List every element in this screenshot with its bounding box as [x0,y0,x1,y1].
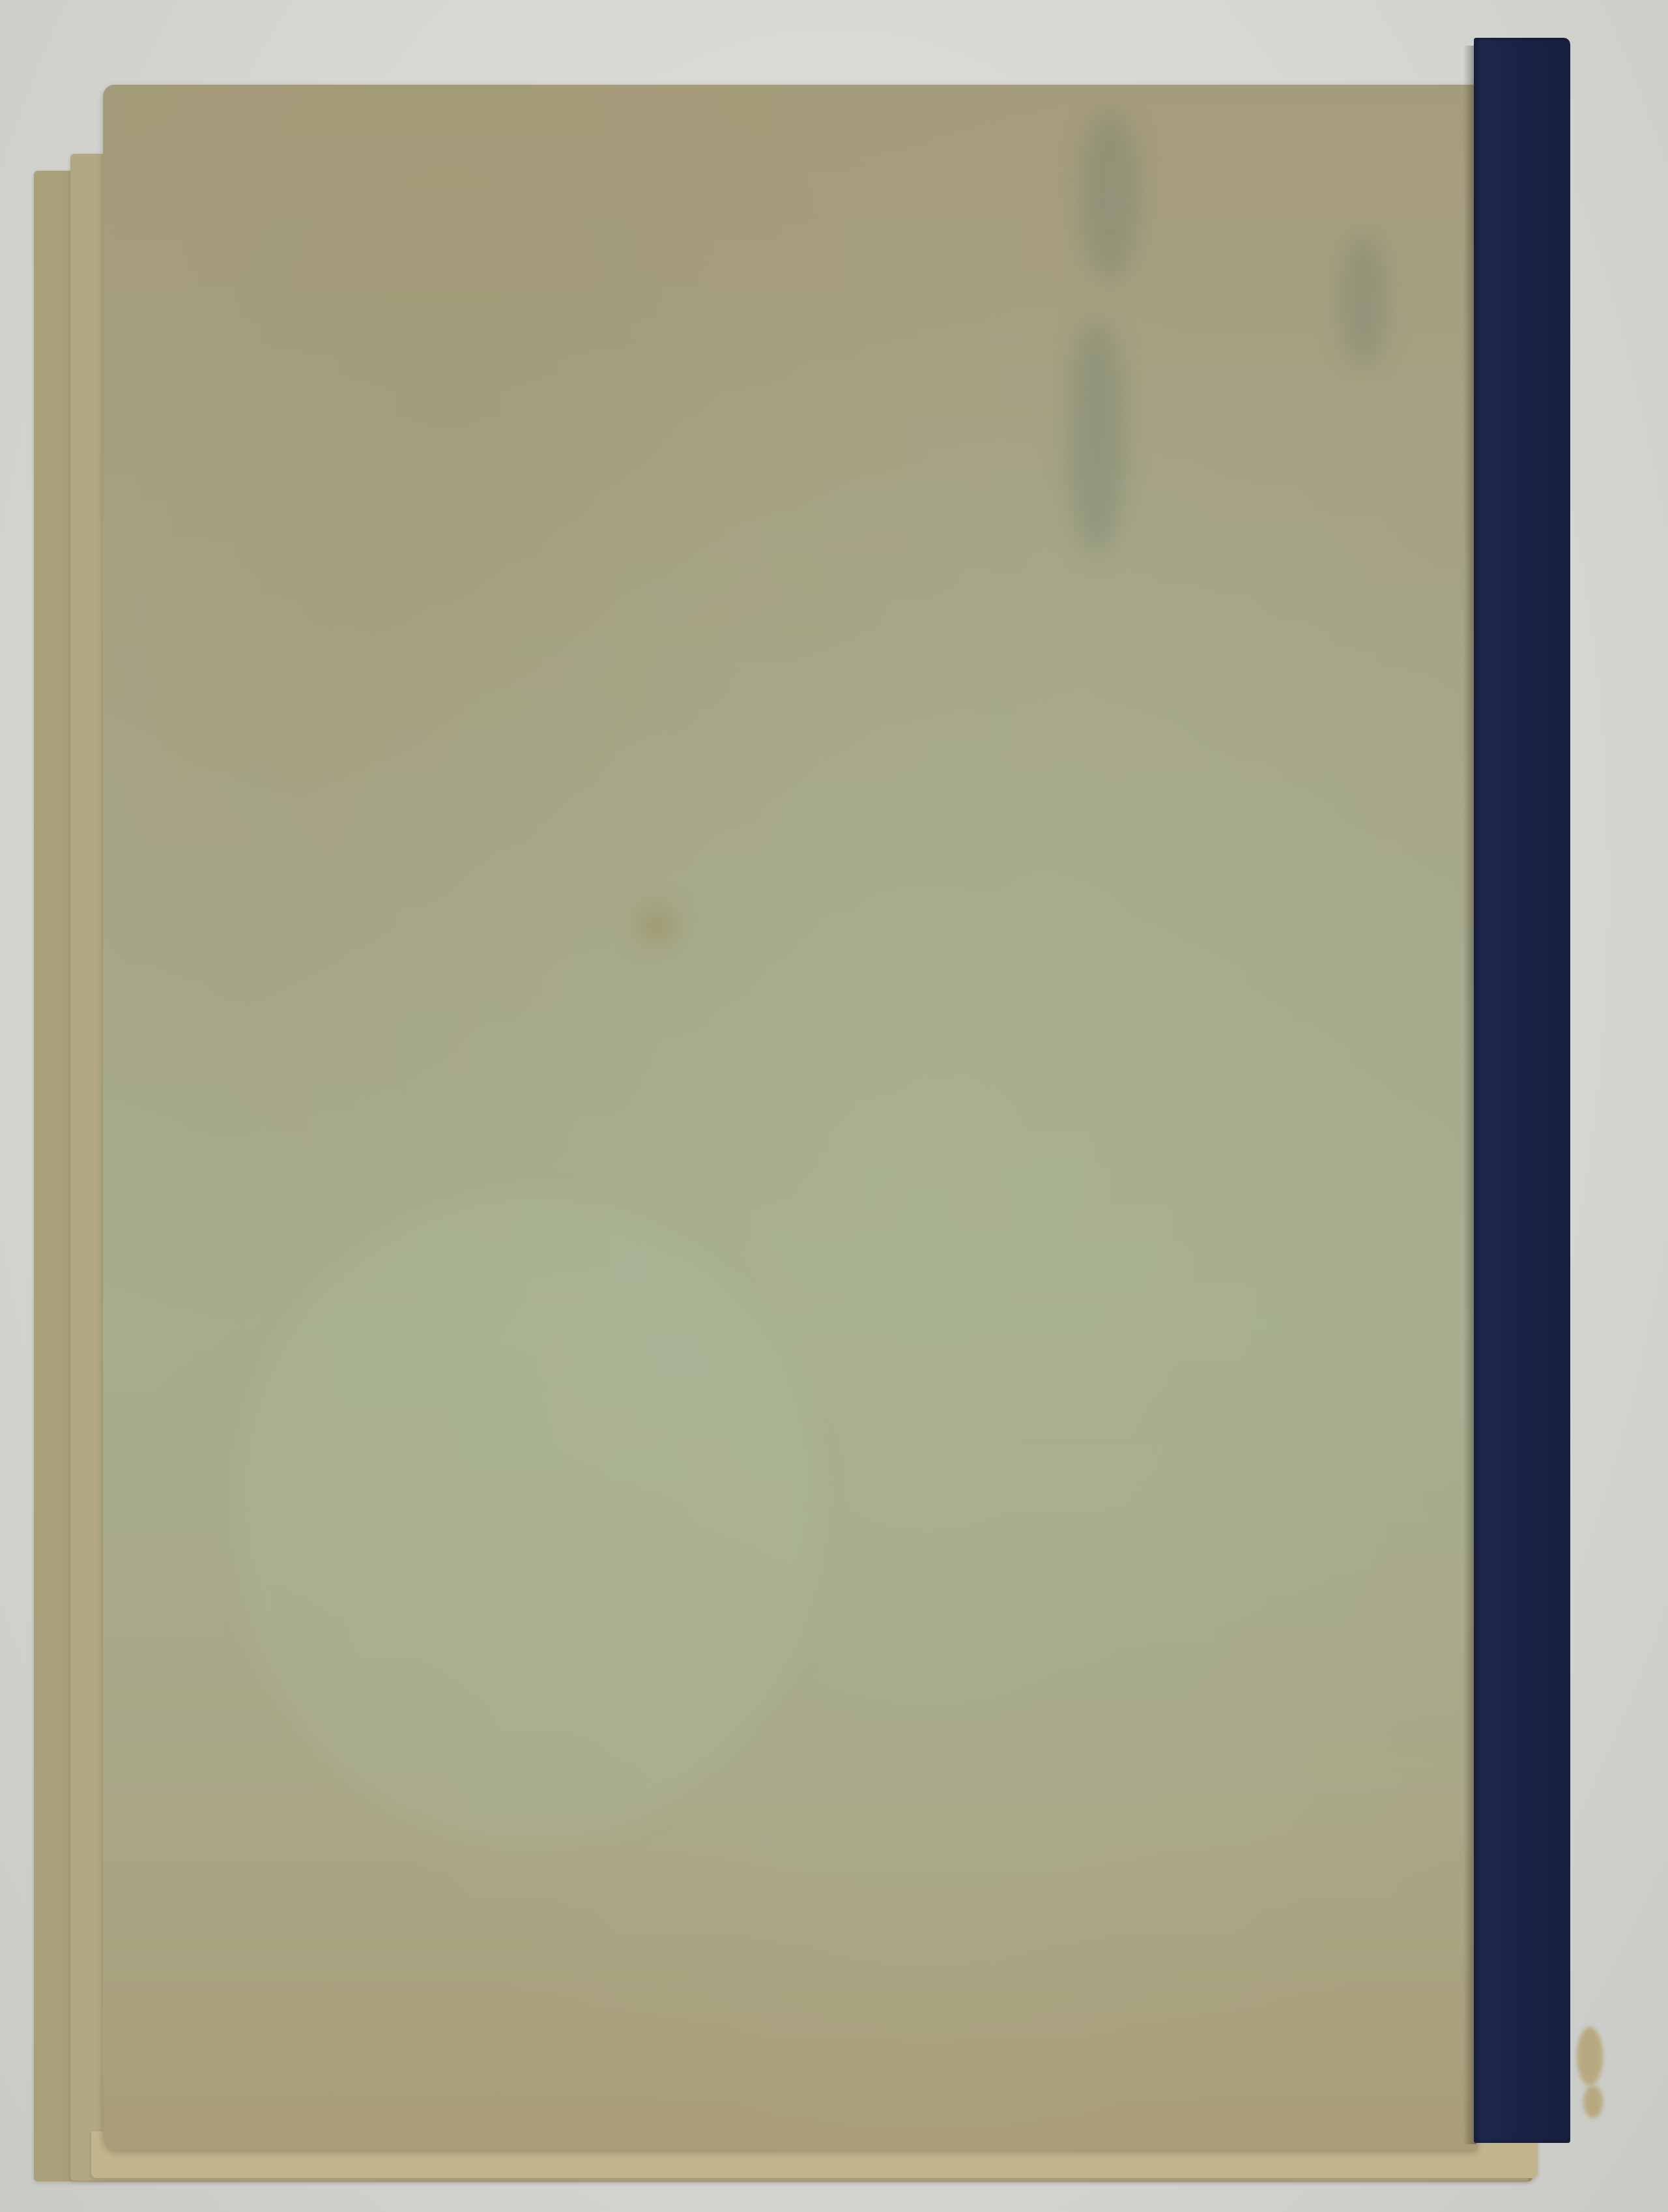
book-back-cover [103,85,1478,2151]
book-spine-cloth [1474,38,1570,2143]
show-through-smudge [1341,235,1387,365]
show-through-smudge [1080,111,1139,280]
stain-spot [637,906,676,945]
discoloration-patch [233,1193,820,1844]
show-through-smudge [1067,319,1126,554]
spine-wear-fray [1577,2027,1603,2086]
spine-wear-fray [1583,2086,1603,2118]
